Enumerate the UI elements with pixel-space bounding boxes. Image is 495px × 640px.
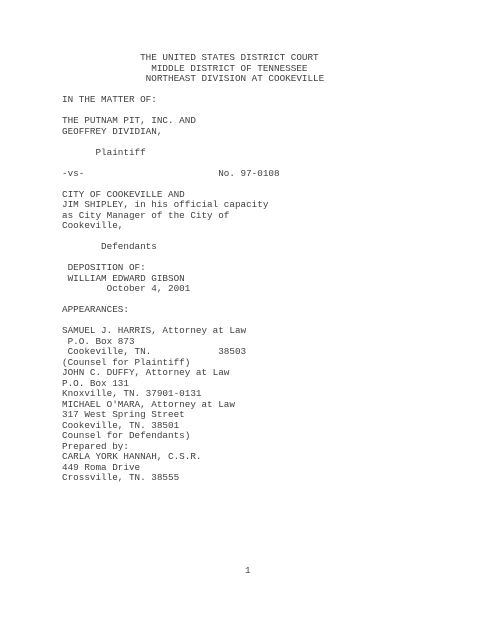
deposition-cover-text: THE UNITED STATES DISTRICT COURT MIDDLE … xyxy=(62,53,324,484)
document-page: THE UNITED STATES DISTRICT COURT MIDDLE … xyxy=(0,0,495,640)
page-number: 1 xyxy=(245,566,251,577)
